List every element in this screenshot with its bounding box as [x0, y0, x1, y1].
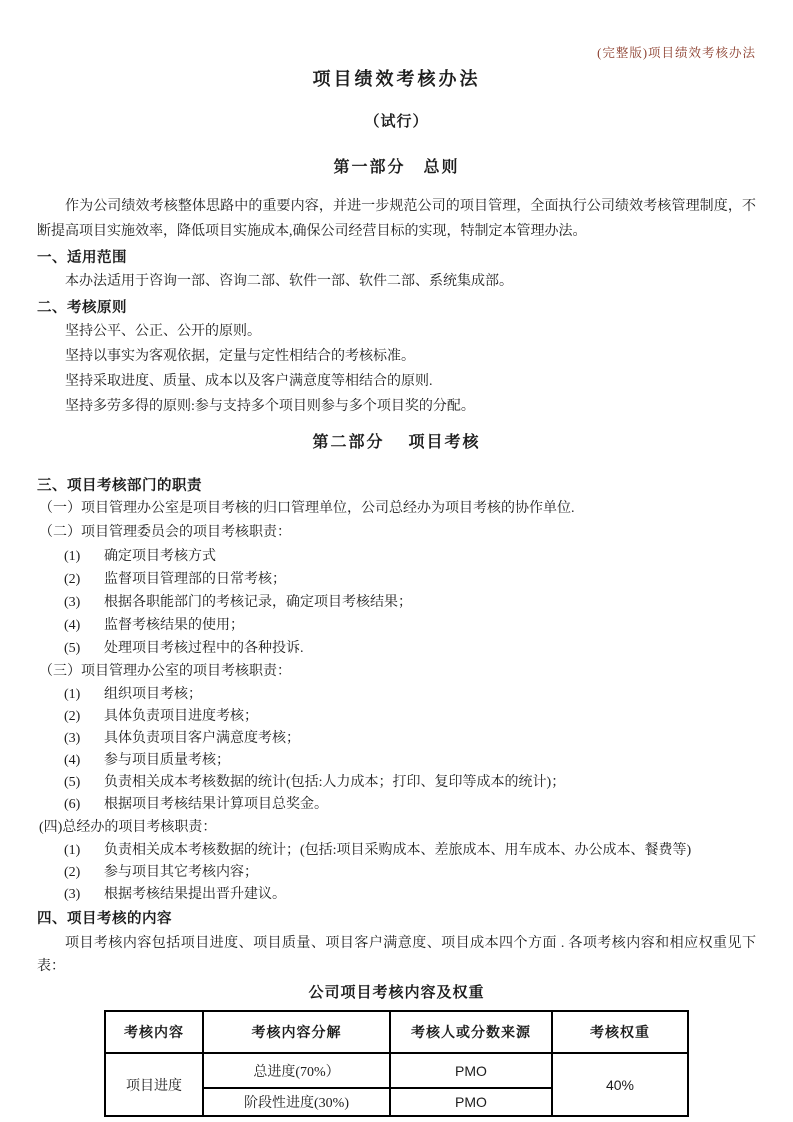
list-item-text: 确定项目考核方式 [104, 546, 756, 567]
part1-heading: 第一部分 总则 [37, 156, 756, 179]
list-item-text: 负责相关成本考核数据的统计(包括:人力成本；打印、复印等成本的统计)； [104, 773, 756, 793]
table-header-cell: 考核权重 [552, 1011, 688, 1053]
committee-duties-list: (1) 确定项目考核方式 (2) 监督项目管理部的日常考核； (3) 根据各职能… [37, 545, 756, 660]
list-item: (2) 参与项目其它考核内容； [37, 862, 756, 884]
list-item-text: 监督项目管理部的日常考核； [104, 569, 756, 590]
list-item-text: 根据考核结果提出晋升建议。 [104, 885, 756, 905]
list-item: (1) 确定项目考核方式 [37, 545, 756, 568]
list-item: (5) 处理项目考核过程中的各种投诉. [37, 637, 756, 660]
list-item: (1) 负责相关成本考核数据的统计；(包括:项目采购成本、差旅成本、用车成本、办… [37, 840, 756, 862]
list-item: (1) 组织项目考核； [37, 684, 756, 706]
clause-3: （三）项目管理办公室的项目考核职责： [37, 660, 756, 684]
table-header-cell: 考核内容 [105, 1011, 203, 1053]
list-item-number: (6) [64, 795, 104, 815]
document-title: 项目绩效考核办法 [37, 67, 756, 91]
list-item-text: 负责相关成本考核数据的统计；(包括:项目采购成本、差旅成本、用车成本、办公成本、… [104, 841, 756, 861]
list-item: (3) 根据各职能部门的考核记录，确定项目考核结果； [37, 591, 756, 614]
list-item-text: 参与项目质量考核； [104, 751, 756, 771]
table-caption: 公司项目考核内容及权重 [37, 982, 756, 1004]
list-item-text: 具体负责项目进度考核； [104, 707, 756, 727]
section1-heading: 一、适用范围 [37, 247, 756, 269]
section4-body: 项目考核内容包括项目进度、项目质量、项目客户满意度、项目成本四个方面 . 各项考… [37, 932, 756, 978]
table-cell-breakdown: 总进度(70%） [203, 1053, 390, 1088]
document-page: (完整版)项目绩效考核办法 项目绩效考核办法 （试行） 第一部分 总则 作为公司… [0, 0, 793, 1122]
clause-4: (四)总经办的项目考核职责： [37, 816, 756, 840]
intro-paragraph: 作为公司绩效考核整体思路中的重要内容，并进一步规范公司的项目管理，全面执行公司绩… [37, 194, 756, 244]
section4-heading: 四、项目考核的内容 [37, 908, 756, 930]
list-item: (2) 具体负责项目进度考核； [37, 706, 756, 728]
list-item: (5) 负责相关成本考核数据的统计(包括:人力成本；打印、复印等成本的统计)； [37, 772, 756, 794]
principles-list: 坚持公平、公正、公开的原则。 坚持以事实为客观依据，定量与定性相结合的考核标准。… [37, 319, 756, 419]
list-item: (3) 具体负责项目客户满意度考核； [37, 728, 756, 750]
list-item-number: (4) [64, 615, 104, 636]
list-item: (2) 监督项目管理部的日常考核； [37, 568, 756, 591]
table-cell-source: PMO [390, 1088, 552, 1116]
clause-2: （二）项目管理委员会的项目考核职责： [37, 521, 756, 545]
table-header-row: 考核内容 考核内容分解 考核人或分数来源 考核权重 [105, 1011, 688, 1053]
principle-item: 坚持多劳多得的原则:参与支持多个项目则参与多个项目奖的分配。 [37, 394, 756, 419]
table-row: 项目进度 总进度(70%） PMO 40% [105, 1053, 688, 1088]
list-item-text: 监督考核结果的使用； [104, 615, 756, 636]
list-item-number: (2) [64, 863, 104, 883]
list-item-number: (5) [64, 773, 104, 793]
list-item: (3) 根据考核结果提出晋升建议。 [37, 884, 756, 906]
list-item-text: 具体负责项目客户满意度考核； [104, 729, 756, 749]
list-item-number: (3) [64, 592, 104, 613]
table-cell-breakdown: 阶段性进度(30%) [203, 1088, 390, 1116]
table-cell-source: PMO [390, 1053, 552, 1088]
gm-office-duties-list: (1) 负责相关成本考核数据的统计；(包括:项目采购成本、差旅成本、用车成本、办… [37, 840, 756, 906]
list-item-text: 根据各职能部门的考核记录，确定项目考核结果； [104, 592, 756, 613]
section1-body: 本办法适用于咨询一部、咨询二部、软件一部、软件二部、系统集成部。 [37, 269, 756, 294]
list-item-number: (3) [64, 885, 104, 905]
list-item-text: 根据项目考核结果计算项目总奖金。 [104, 795, 756, 815]
assessment-weight-table: 考核内容 考核内容分解 考核人或分数来源 考核权重 项目进度 总进度(70%） … [104, 1010, 689, 1117]
table-header-cell: 考核人或分数来源 [390, 1011, 552, 1053]
pmo-duties-list: (1) 组织项目考核； (2) 具体负责项目进度考核； (3) 具体负责项目客户… [37, 684, 756, 816]
list-item-number: (2) [64, 707, 104, 727]
list-item-number: (1) [64, 841, 104, 861]
list-item-number: (1) [64, 685, 104, 705]
list-item-text: 参与项目其它考核内容； [104, 863, 756, 883]
list-item-text: 组织项目考核； [104, 685, 756, 705]
principle-item: 坚持采取进度、质量、成本以及客户满意度等相结合的原则. [37, 369, 756, 394]
list-item-number: (4) [64, 751, 104, 771]
table-cell-weight: 40% [552, 1053, 688, 1116]
section3-heading: 三、项目考核部门的职责 [37, 475, 756, 497]
document-subtitle: （试行） [37, 112, 756, 132]
principle-item: 坚持公平、公正、公开的原则。 [37, 319, 756, 344]
table-cell-content: 项目进度 [105, 1053, 203, 1116]
list-item: (4) 监督考核结果的使用； [37, 614, 756, 637]
clause-1: （一）项目管理办公室是项目考核的归口管理单位，公司总经办为项目考核的协作单位. [37, 497, 756, 521]
section2-heading: 二、考核原则 [37, 297, 756, 319]
list-item-number: (3) [64, 729, 104, 749]
principle-item: 坚持以事实为客观依据，定量与定性相结合的考核标准。 [37, 344, 756, 369]
list-item-number: (5) [64, 638, 104, 659]
list-item-number: (2) [64, 569, 104, 590]
list-item-number: (1) [64, 546, 104, 567]
document-header-note: (完整版)项目绩效考核办法 [37, 45, 756, 61]
list-item-text: 处理项目考核过程中的各种投诉. [104, 638, 756, 659]
list-item: (4) 参与项目质量考核； [37, 750, 756, 772]
part2-heading: 第二部分 项目考核 [37, 431, 756, 454]
table-header-cell: 考核内容分解 [203, 1011, 390, 1053]
list-item: (6) 根据项目考核结果计算项目总奖金。 [37, 794, 756, 816]
